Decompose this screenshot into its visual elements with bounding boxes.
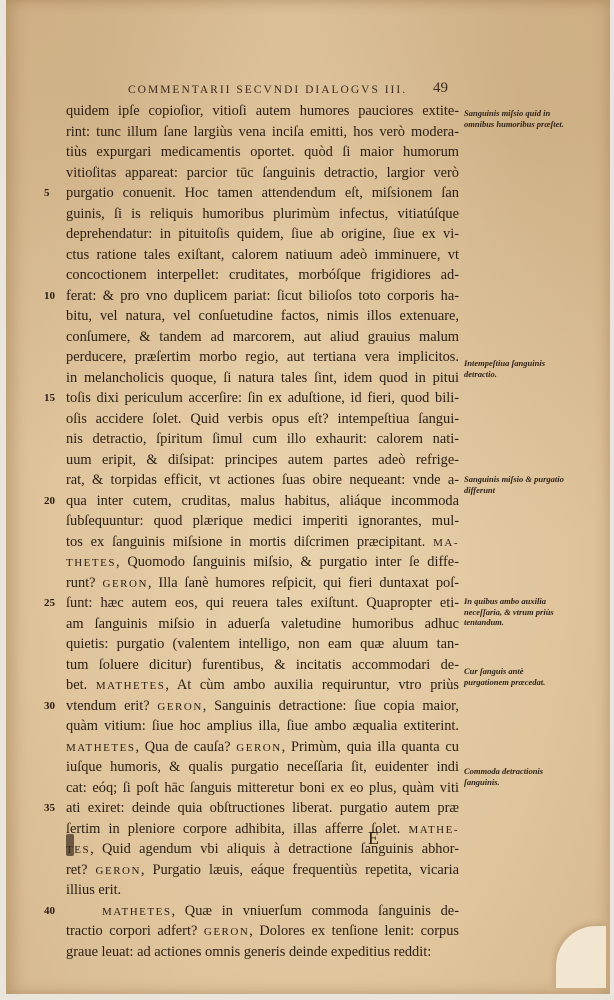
marginal-note: Commoda detractionis ſanguinis. xyxy=(464,766,564,787)
text-line: 15toſis dixi periculum accerſire: ſin ex… xyxy=(66,388,459,409)
line-number: 25 xyxy=(44,593,55,614)
line-number: 40 xyxy=(44,901,55,922)
text-line: tos ex ſanguinis miſsione in mortis diſc… xyxy=(66,532,459,553)
text-line: nis detractio, ſpiritum ſimul cum illo e… xyxy=(66,429,459,450)
speaker-name: GERON xyxy=(157,701,202,713)
line-text: qua inter cutem, cruditas, malus habitus… xyxy=(66,493,459,509)
line-number: 20 xyxy=(44,491,55,512)
text-line: graue leuat: ad actiones omnis generis d… xyxy=(66,942,459,963)
line-text: toſis dixi periculum accerſire: ſin ex a… xyxy=(66,390,459,406)
speaker-name: GERON xyxy=(103,578,148,590)
line-text: tiùs expurgari medicamentis oportet. quò… xyxy=(66,144,459,160)
text-line: ctus ratione tales exiſtant, calorem nat… xyxy=(66,245,459,266)
text-line: 30vtendum erit? GERON, Sanguinis detract… xyxy=(66,696,459,717)
line-text: am ſanguinis miſsio in aduerſa valetudin… xyxy=(66,616,459,632)
line-text: uum eripit, & diſsipat: principes autem … xyxy=(66,452,459,468)
text-line: TES, Quid agendum vbi aliquis à detracti… xyxy=(66,839,459,860)
line-number: 35 xyxy=(44,798,55,819)
text-line: conſumere, & tandem ad marcorem, aut ali… xyxy=(66,327,459,348)
text-line: quidem ipſe copioſior, vitioſi autem hum… xyxy=(66,101,459,122)
text-line: bet. MATHETES, At cùm ambo auxilia requi… xyxy=(66,675,459,696)
line-text: MATHETES, Quæ in vniuerſum commoda ſangu… xyxy=(102,903,459,919)
text-line: THETES, Quomodo ſanguinis miſsio, & purg… xyxy=(66,552,459,573)
text-line: guinis, ſi is reliquis humoribus plurimù… xyxy=(66,204,459,225)
text-line: illius erit. xyxy=(66,880,459,901)
main-text-block: quidem ipſe copioſior, vitioſi autem hum… xyxy=(66,101,459,962)
text-line: iuſque humoris, & qualis purgatio neceſſ… xyxy=(66,757,459,778)
text-line: ſertim in pleniore corpore adhibita, ill… xyxy=(66,819,459,840)
text-line: cat: eóq; ſi poſt hāc ſanguis mitteretur… xyxy=(66,778,459,799)
running-head: COMMENTARII SECVNDI DIALOGVS III. 49 xyxy=(128,84,448,97)
line-text: in melancholicis quoque, ſi natura tales… xyxy=(66,370,459,386)
page-corner-fold xyxy=(556,926,606,988)
line-text: conſumere, & tandem ad marcorem, aut ali… xyxy=(66,329,459,345)
speaker-name: MATHE- xyxy=(408,824,459,836)
text-line: 5purgatio conuenit. Hoc tamen attendendu… xyxy=(66,183,459,204)
text-line: ſubſequuntur: quod plærique medici imper… xyxy=(66,511,459,532)
text-line: quietis: purgatio (valentem intelligo, n… xyxy=(66,634,459,655)
text-line: runt? GERON, Illa ſanè humores reſpicit,… xyxy=(66,573,459,594)
marginal-note: Sanguinis miſsio & purgatio differunt xyxy=(464,474,564,495)
text-line: rint: tunc illum ſane largiùs vena inciſ… xyxy=(66,122,459,143)
line-text: perducere, præſertim morbo regio, aut te… xyxy=(66,349,459,365)
line-text: tractio corpori adfert? GERON, Dolores e… xyxy=(66,923,459,939)
line-number: 5 xyxy=(44,183,50,204)
text-line: tiùs expurgari medicamentis oportet. quò… xyxy=(66,142,459,163)
line-text: bet. MATHETES, At cùm ambo auxilia requi… xyxy=(66,677,459,693)
line-text: graue leuat: ad actiones omnis generis d… xyxy=(66,944,431,960)
line-text: quietis: purgatio (valentem intelligo, n… xyxy=(66,636,459,652)
text-line: 20qua inter cutem, cruditas, malus habit… xyxy=(66,491,459,512)
book-page: COMMENTARII SECVNDI DIALOGVS III. 49 qui… xyxy=(6,0,610,994)
text-line: tractio corpori adfert? GERON, Dolores e… xyxy=(66,921,459,942)
line-number: 30 xyxy=(44,696,55,717)
line-text: tos ex ſanguinis miſsione in mortis diſc… xyxy=(66,534,459,550)
signature-mark: E xyxy=(368,828,379,849)
line-text: runt? GERON, Illa ſanè humores reſpicit,… xyxy=(66,575,459,591)
text-line: 40MATHETES, Quæ in vniuerſum commoda ſan… xyxy=(66,901,459,922)
line-text: nis detractio, ſpiritum ſimul cum illo e… xyxy=(66,431,459,447)
speaker-name: GERON xyxy=(236,742,281,754)
line-text: ſunt: hæc autem eos, qui reuera tales ex… xyxy=(66,595,459,611)
text-line: oſis accidere ſolet. Quid verbis opus eſ… xyxy=(66,409,459,430)
line-text: tum ſoluere dicitur) furentibus, & incit… xyxy=(66,657,459,673)
line-text: ſubſequuntur: quod plærique medici imper… xyxy=(66,513,459,529)
marginal-note: In quibus ambo auxilia neceſſaria, & vtr… xyxy=(464,596,564,628)
text-line: bitu, vel natura, vel conſuetudine facto… xyxy=(66,306,459,327)
line-text: bitu, vel natura, vel conſuetudine facto… xyxy=(66,308,459,324)
marginal-note: Intempeſtiua ſanguinis detractio. xyxy=(464,358,564,379)
line-text: THETES, Quomodo ſanguinis miſsio, & purg… xyxy=(66,554,459,570)
text-line: rat, & torpidas efficit, vt actiones ſua… xyxy=(66,470,459,491)
text-line: 35ati exiret: deinde quia obſtructiones … xyxy=(66,798,459,819)
line-text: quàm vitium: ſiue hoc amplius illa, ſiue… xyxy=(66,718,459,734)
line-text: illius erit. xyxy=(66,882,121,898)
line-text: cat: eóq; ſi poſt hāc ſanguis mitteretur… xyxy=(66,780,459,796)
line-text: ati exiret: deinde quia obſtructiones li… xyxy=(66,800,459,816)
line-text: rint: tunc illum ſane largiùs vena inciſ… xyxy=(66,124,459,140)
line-text: deprehendatur: in pituitoſis quidem, ſiu… xyxy=(66,226,459,242)
text-line: uum eripit, & diſsipat: principes autem … xyxy=(66,450,459,471)
text-line: ret? GERON, Purgatio læuis, eáque freque… xyxy=(66,860,459,881)
line-text: ſertim in pleniore corpore adhibita, ill… xyxy=(66,821,459,837)
text-line: quàm vitium: ſiue hoc amplius illa, ſiue… xyxy=(66,716,459,737)
line-number: 10 xyxy=(44,286,55,307)
speaker-name: MATHETES xyxy=(102,906,171,918)
line-text: TES, Quid agendum vbi aliquis à detracti… xyxy=(66,841,459,857)
line-text: guinis, ſi is reliquis humoribus plurimù… xyxy=(66,206,459,222)
speaker-name: MATHETES xyxy=(96,680,165,692)
text-line: 10ferat: & pro vno duplicem pariat: ſicu… xyxy=(66,286,459,307)
speaker-name: MATHETES xyxy=(66,742,135,754)
text-line: deprehendatur: in pituitoſis quidem, ſiu… xyxy=(66,224,459,245)
line-text: rat, & torpidas efficit, vt actiones ſua… xyxy=(66,472,459,488)
marginal-note: Sanguinis miſsio quid in omnibus humorib… xyxy=(464,108,564,129)
line-text: concoctionem interpellet: cruditates, mo… xyxy=(66,267,459,283)
line-text: quidem ipſe copioſior, vitioſi autem hum… xyxy=(66,103,459,119)
ink-mark xyxy=(66,834,74,856)
text-line: tum ſoluere dicitur) furentibus, & incit… xyxy=(66,655,459,676)
line-text: vitioſitas appareat: parcior tūc ſanguin… xyxy=(66,165,459,181)
text-line: am ſanguinis miſsio in aduerſa valetudin… xyxy=(66,614,459,635)
text-line: 25ſunt: hæc autem eos, qui reuera tales … xyxy=(66,593,459,614)
speaker-name: GERON xyxy=(204,926,249,938)
line-text: MATHETES, Qua de cauſa? GERON, Primùm, q… xyxy=(66,739,459,755)
marginal-note: Cur ſanguis antè purgationem præcedat. xyxy=(464,666,564,687)
line-number: 15 xyxy=(44,388,55,409)
text-line: perducere, præſertim morbo regio, aut te… xyxy=(66,347,459,368)
text-line: in melancholicis quoque, ſi natura tales… xyxy=(66,368,459,389)
line-text: purgatio conuenit. Hoc tamen attendendum… xyxy=(66,185,459,201)
line-text: ferat: & pro vno duplicem pariat: ſicut … xyxy=(66,288,459,304)
page-number: 49 xyxy=(433,80,448,97)
speaker-name: GERON xyxy=(96,865,141,877)
text-line: concoctionem interpellet: cruditates, mo… xyxy=(66,265,459,286)
line-text: oſis accidere ſolet. Quid verbis opus eſ… xyxy=(66,411,459,427)
line-text: ctus ratione tales exiſtant, calorem nat… xyxy=(66,247,459,263)
speaker-name: THETES xyxy=(66,557,116,569)
text-line: vitioſitas appareat: parcior tūc ſanguin… xyxy=(66,163,459,184)
line-text: iuſque humoris, & qualis purgatio neceſſ… xyxy=(66,759,459,775)
running-head-title: COMMENTARII SECVNDI DIALOGVS III. xyxy=(128,84,407,97)
text-line: MATHETES, Qua de cauſa? GERON, Primùm, q… xyxy=(66,737,459,758)
line-text: vtendum erit? GERON, Sanguinis detractio… xyxy=(66,698,459,714)
speaker-name: MA- xyxy=(433,537,459,549)
line-text: ret? GERON, Purgatio læuis, eáque freque… xyxy=(66,862,459,878)
